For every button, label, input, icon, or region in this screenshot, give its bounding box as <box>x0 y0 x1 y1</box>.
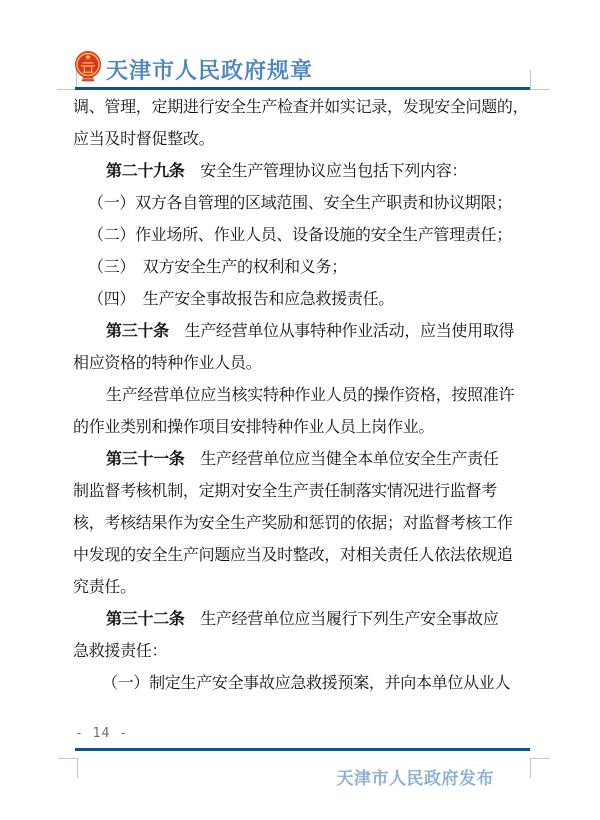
body-line: 生产经营单位应当核实特种作业人员的操作资格，按照准许 <box>73 380 543 412</box>
body-line: （一）双方各自管理的区域范围、安全生产职责和协议期限； <box>73 188 543 220</box>
body-line: （四） 生产安全事故报告和应急救援责任。 <box>73 284 543 316</box>
body-line: 应当及时督促整改。 <box>73 124 543 156</box>
header-rule <box>75 87 530 90</box>
crop-mark-top-right <box>530 70 550 90</box>
body-line: 中发现的安全生产问题应当及时整改，对相关责任人依法依规追 <box>73 540 543 572</box>
body-line-text: 应当及时督促整改。 <box>73 131 214 148</box>
body-line-text: 生产经营单位应当核实特种作业人员的操作资格，按照准许 <box>106 387 514 404</box>
body-line: 制监督考核机制，定期对安全生产责任制落实情况进行监督考 <box>73 476 543 508</box>
body-line-text: 核，考核结果作为安全生产奖励和惩罚的依据；对监督考核工作 <box>73 515 513 532</box>
body-line: 调、管理，定期进行安全生产检查并如实记录，发现安全问题的， <box>73 92 543 124</box>
body-line-text: 中发现的安全生产问题应当及时整改，对相关责任人依法依规追 <box>73 547 513 564</box>
body-line-text: 相应资格的特种作业人员。 <box>73 355 261 372</box>
body-line: （一）制定生产安全事故应急救援预案，并向本单位从业人 <box>73 668 543 700</box>
crop-mark-bottom-right <box>530 758 550 778</box>
body-line-text: 究责任。 <box>73 579 136 596</box>
body-line-text: 安全生产管理协议应当包括下列内容： <box>185 163 468 180</box>
body-line: 第二十九条 安全生产管理协议应当包括下列内容： <box>73 156 543 188</box>
body-line-text: 的作业类别和操作项目安排特种作业人员上岗作业。 <box>73 419 434 436</box>
body-line-text: （一）制定生产安全事故应急救援预案，并向本单位从业人 <box>102 675 510 692</box>
article-number: 第二十九条 <box>106 163 185 180</box>
body-line: （三） 双方安全生产的权利和义务； <box>73 252 543 284</box>
body-line-text: 制监督考核机制，定期对安全生产责任制落实情况进行监督考 <box>73 483 497 500</box>
body-line-text: （三） 双方安全生产的权利和义务； <box>88 259 347 276</box>
page-number: - 14 - <box>75 726 128 741</box>
body-line: 的作业类别和操作项目安排特种作业人员上岗作业。 <box>73 412 543 444</box>
document-body: 调、管理，定期进行安全生产检查并如实记录，发现安全问题的， 应当及时督促整改。 … <box>73 92 543 700</box>
body-line: （二）作业场所、作业人员、设备设施的安全生产管理责任； <box>73 220 543 252</box>
body-line: 核，考核结果作为安全生产奖励和惩罚的依据；对监督考核工作 <box>73 508 543 540</box>
body-line: 第三十二条 生产经营单位应当履行下列生产安全事故应 <box>73 604 543 636</box>
article-number: 第三十二条 <box>106 611 185 628</box>
article-number: 第三十一条 <box>106 451 185 468</box>
article-number: 第三十条 <box>106 323 169 340</box>
body-line: 第三十一条 生产经营单位应当健全本单位安全生产责任 <box>73 444 543 476</box>
document-page: { "header": { "title": "天津市人民政府规章", "emb… <box>0 0 600 820</box>
body-line-text: （四） 生产安全事故报告和应急救援责任。 <box>88 291 394 308</box>
body-line: 相应资格的特种作业人员。 <box>73 348 543 380</box>
body-line-text: （二）作业场所、作业人员、设备设施的安全生产管理责任； <box>88 227 512 244</box>
body-line-text: 调、管理，定期进行安全生产检查并如实记录，发现安全问题的， <box>73 99 528 116</box>
body-line-text: （一）双方各自管理的区域范围、安全生产职责和协议期限； <box>88 195 512 212</box>
body-line-text: 生产经营单位从事特种作业活动，应当使用取得 <box>169 323 514 340</box>
body-line-text: 生产经营单位应当履行下列生产安全事故应 <box>185 611 499 628</box>
body-line: 第三十条 生产经营单位从事特种作业活动，应当使用取得 <box>73 316 543 348</box>
page-title: 天津市人民政府规章 <box>106 54 313 85</box>
body-line: 究责任。 <box>73 572 543 604</box>
body-line-text: 急救援责任： <box>73 643 167 660</box>
footer-rule <box>75 748 530 751</box>
body-line-text: 生产经营单位应当健全本单位安全生产责任 <box>185 451 499 468</box>
body-line: 急救援责任： <box>73 636 543 668</box>
publisher-label: 天津市人民政府发布 <box>75 764 530 789</box>
national-emblem-icon <box>74 50 102 82</box>
